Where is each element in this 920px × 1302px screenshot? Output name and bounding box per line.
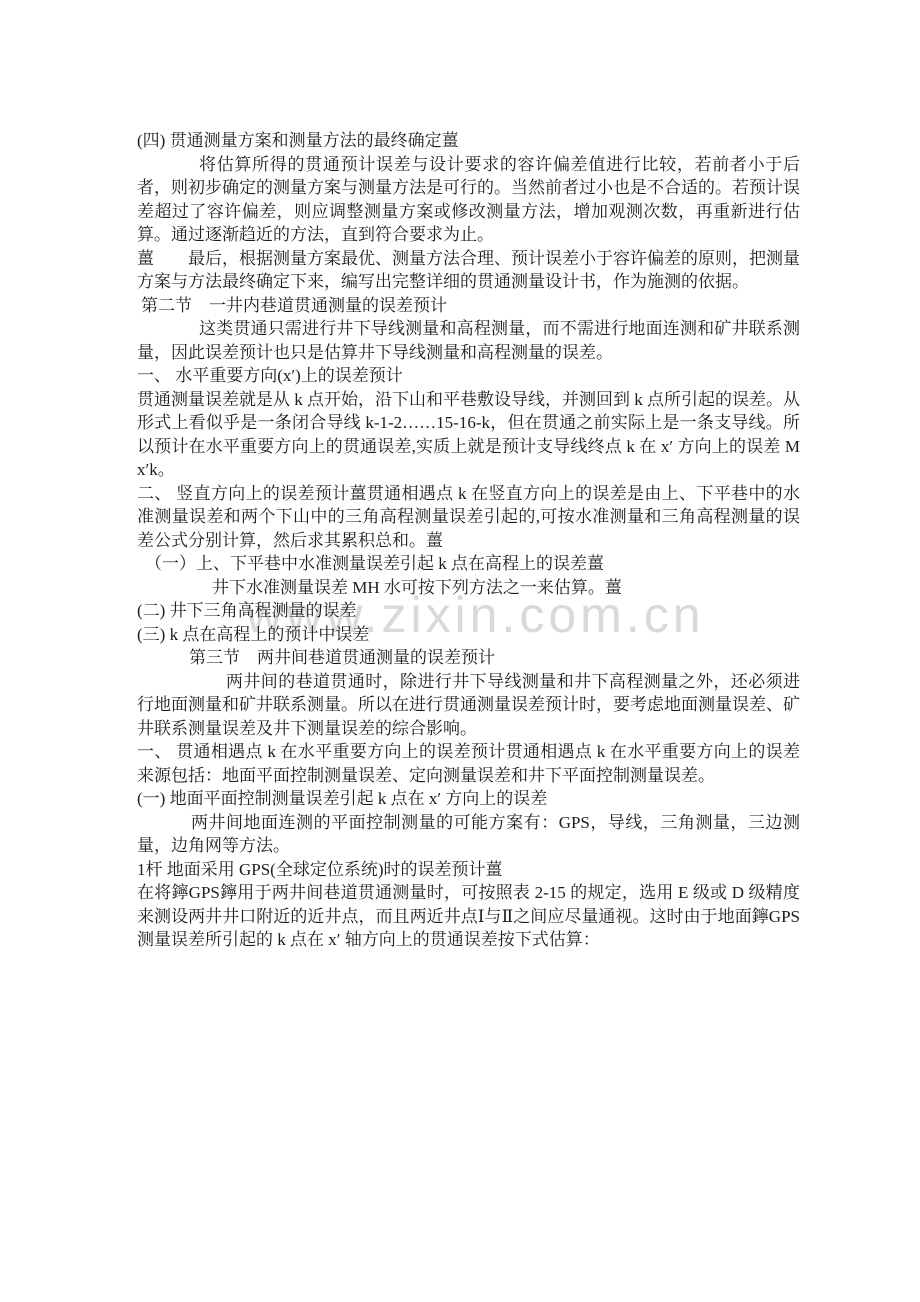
- heading-item-1b: (一) 地面平面控制测量误差引起 k 点在 x′ 方向上的误差: [137, 787, 800, 811]
- heading-section-2: 第二节 一井内巷道贯通测量的误差预计: [137, 294, 800, 318]
- heading-item-4: (四) 贯通测量方案和测量方法的最终确定薑: [137, 129, 800, 153]
- paragraph: 两井间的巷道贯通时，除进行井下导线测量和井下高程测量之外，还必须进行地面测量和矿…: [137, 670, 800, 741]
- document-page: www.zixin.com.cn (四) 贯通测量方案和测量方法的最终确定薑 将…: [0, 0, 920, 1302]
- paragraph: 在将鑏GPS鑏用于两井间巷道贯通测量时，可按照表 2-15 的规定，选用 E 级…: [137, 881, 800, 952]
- heading-subsection-1b: 一、 贯通相遇点 k 在水平重要方向上的误差预计贯通相遇点 k 在水平重要方向上…: [137, 740, 800, 787]
- heading-item-2: (二) 井下三角高程测量的误差: [137, 599, 800, 623]
- heading-item-3: (三) k 点在高程上的预计中误差: [137, 623, 800, 647]
- paragraph: 贯通测量误差就是从 k 点开始，沿下山和平巷敷设导线，并测回到 k 点所引起的误…: [137, 388, 800, 482]
- document-body: (四) 贯通测量方案和测量方法的最终确定薑 将估算所得的贯通预计误差与设计要求的…: [137, 129, 800, 952]
- paragraph: 薑 最后，根据测量方案最优、测量方法合理、预计误差小于容许偏差的原则，把测量方案…: [137, 247, 800, 294]
- paragraph: 将估算所得的贯通预计误差与设计要求的容许偏差值进行比较，若前者小于后者，则初步确…: [137, 153, 800, 247]
- paragraph: 这类贯通只需进行井下导线测量和高程测量，而不需进行地面连测和矿井联系测量，因此误…: [137, 317, 800, 364]
- heading-section-3: 第三节 两井间巷道贯通测量的误差预计: [137, 646, 800, 670]
- heading-gps: 1杆 地面采用 GPS(全球定位系统)时的误差预计薑: [137, 858, 800, 882]
- heading-item-1: （一）上、下平巷中水准测量误差引起 k 点在高程上的误差薑: [137, 552, 800, 576]
- heading-subsection-2: 二、 竖直方向上的误差预计薑贯通相遇点 k 在竖直方向上的误差是由上、下平巷中的…: [137, 482, 800, 553]
- heading-subsection-1: 一、 水平重要方向(x′)上的误差预计: [137, 364, 800, 388]
- paragraph: 井下水准测量误差 MH 水可按下列方法之一来估算。薑: [137, 576, 800, 600]
- paragraph: 两井间地面连测的平面控制测量的可能方案有：GPS，导线，三角测量，三边测量，边角…: [137, 811, 800, 858]
